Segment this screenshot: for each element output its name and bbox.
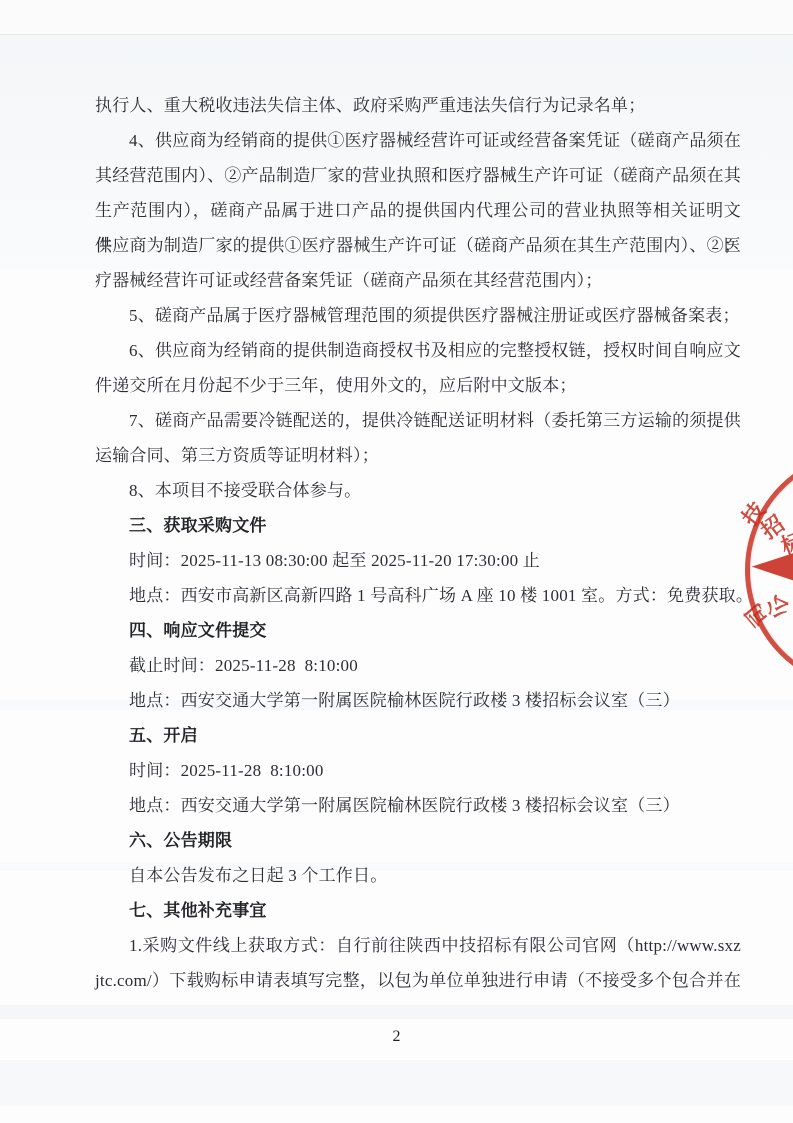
seal-character: 公: [759, 589, 793, 627]
para-item-4-line: 其经营范围内）、②产品制造厂家的营业执照和医疗器械生产许可证（磋商产品须在其: [95, 158, 741, 193]
para-item-5-line: 5、磋商产品属于医疗器械管理范围的须提供医疗器械注册证或医疗器械备案表；: [95, 298, 741, 333]
section-5-time: 时间：2025-11-28 8:10:00: [95, 753, 741, 788]
section-heading-6: 六、公告期限: [95, 823, 741, 858]
scan-artifact-wash: [0, 1060, 793, 1106]
section-3-location: 地点：西安市高新区高新四路 1 号高科广场 A 座 10 楼 1001 室。方式…: [95, 578, 741, 613]
scanned-document-page: 执行人、重大税收违法失信主体、政府采购严重违法失信行为记录名单； 4、供应商为经…: [0, 0, 793, 1123]
section-7-note-line: 1.采购文件线上获取方式：自行前往陕西中技招标有限公司官网（http://www…: [95, 928, 741, 963]
document-body: 执行人、重大税收违法失信主体、政府采购严重违法失信行为记录名单； 4、供应商为经…: [95, 88, 741, 998]
section-heading-3: 三、获取采购文件: [95, 508, 741, 543]
seal-star-icon: [736, 490, 793, 641]
para-item-7-line: 7、磋商产品需要冷链配送的，提供冷链配送证明材料（委托第三方运输的须提供: [95, 403, 741, 438]
para-item-8-line: 8、本项目不接受联合体参与。: [95, 473, 741, 508]
seal-character: 招: [754, 507, 790, 545]
section-4-deadline: 截止时间：2025-11-28 8:10:00: [95, 648, 741, 683]
para-item-6-line: 件递交所在月份起不少于三年，使用外文的，应后附中文版本；: [95, 368, 741, 403]
para-item-7-line: 运输合同、第三方资质等证明材料）；: [95, 438, 741, 473]
page-number: 2: [0, 1028, 793, 1046]
section-heading-5: 五、开启: [95, 718, 741, 753]
section-7-note-line: jtc.com/）下载购标申请表填写完整，以包为单位单独进行申请（不接受多个包合…: [95, 963, 741, 998]
section-3-time: 时间：2025-11-13 08:30:00 起至 2025-11-20 17:…: [95, 543, 741, 578]
scan-artifact-top-band: [0, 0, 793, 35]
para-item-4-line: 供应商为制造厂家的提供①医疗器械生产许可证（磋商产品须在其生产范围内）、②医: [95, 228, 741, 263]
scan-artifact-wash: [0, 1005, 793, 1019]
seal-character: 标: [776, 524, 793, 561]
para-item-4-line: 4、供应商为经销商的提供①医疗器械经营许可证或经营备案凭证（磋商产品须在: [95, 123, 741, 158]
section-5-location: 地点：西安交通大学第一附属医院榆林医院行政楼 3 楼招标会议室（三）: [95, 788, 741, 823]
section-heading-7: 七、其他补充事宜: [95, 893, 741, 928]
seal-ring-icon: [745, 450, 793, 690]
para-item-6-line: 6、供应商为经销商的提供制造商授权书及相应的完整授权链，授权时间自响应文: [95, 333, 741, 368]
para-item-4-line: 疗器械经营许可证或经营备案凭证（磋商产品须在其经营范围内）；: [95, 263, 741, 298]
section-heading-4: 四、响应文件提交: [95, 613, 741, 648]
para-continuation-line: 执行人、重大税收违法失信主体、政府采购严重违法失信行为记录名单；: [95, 88, 741, 123]
section-6-duration: 自本公告发布之日起 3 个工作日。: [95, 858, 741, 893]
section-4-location: 地点：西安交通大学第一附属医院榆林医院行政楼 3 楼招标会议室（三）: [95, 683, 741, 718]
para-item-4-line: 生产范围内），磋商产品属于进口产品的提供国内代理公司的营业执照等相关证明文件；: [95, 193, 741, 228]
